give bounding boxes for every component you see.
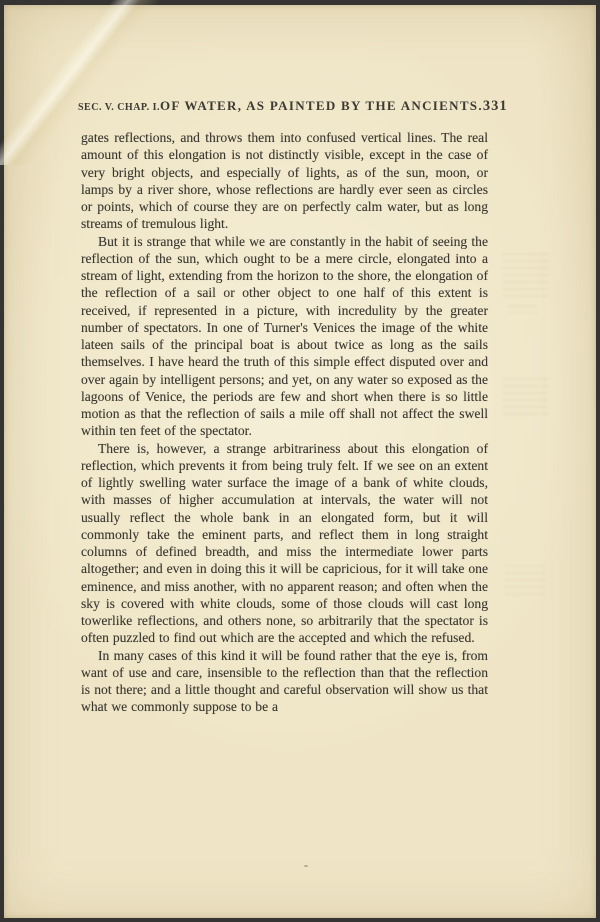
paragraph: In many cases of this kind it will be fo…: [81, 647, 488, 716]
running-title: OF WATER, AS PAINTED BY THE ANCIENTS.: [160, 98, 483, 114]
paragraph: gates reflections, and throws them into …: [81, 129, 488, 233]
section-chapter-label: SEC. V. CHAP. I.: [78, 102, 160, 113]
bleedthrough-note: [502, 378, 548, 420]
page-number: 331: [483, 98, 508, 115]
paper-speck: [304, 865, 308, 867]
book-page: SEC. V. CHAP. I. OF WATER, AS PAINTED BY…: [4, 5, 596, 918]
paragraph: But it is strange that while we are cons…: [81, 233, 488, 440]
scan-border: SEC. V. CHAP. I. OF WATER, AS PAINTED BY…: [0, 0, 600, 922]
bleedthrough-note: [502, 253, 548, 299]
page-header: SEC. V. CHAP. I. OF WATER, AS PAINTED BY…: [78, 98, 488, 115]
page-body: gates reflections, and throws them into …: [81, 129, 488, 716]
bleedthrough-note: [508, 305, 538, 313]
paragraph: There is, however, a strange arbitrarine…: [81, 440, 488, 647]
bleedthrough-note: [504, 565, 546, 599]
